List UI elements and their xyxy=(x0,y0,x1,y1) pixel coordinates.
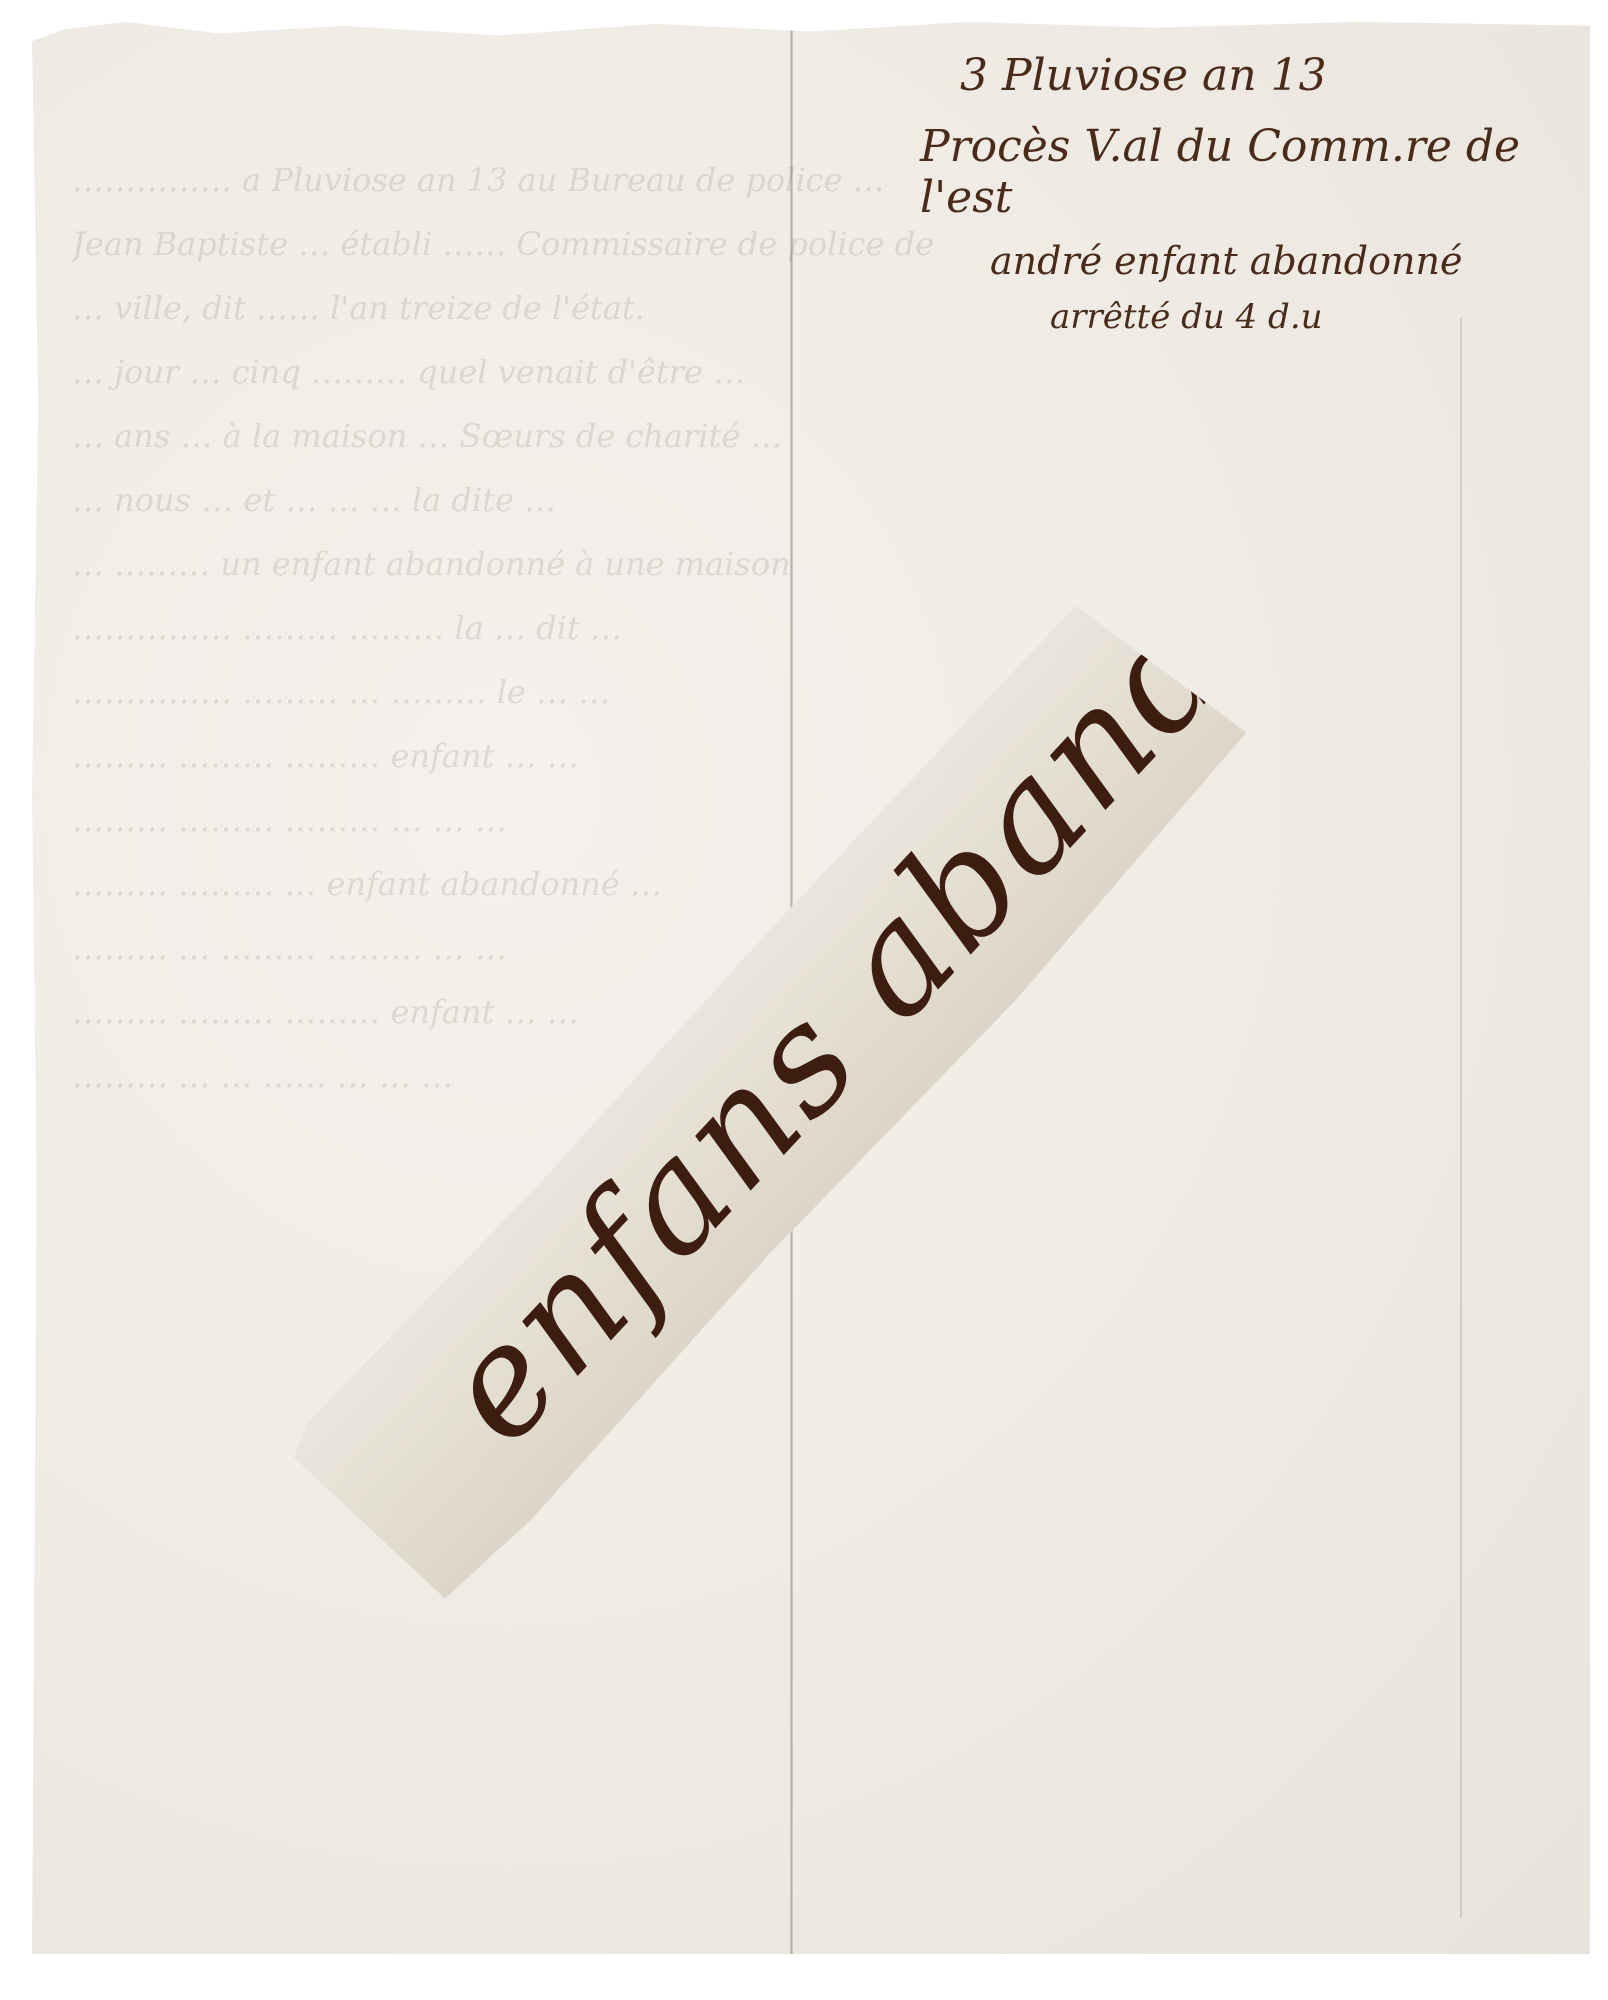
bleed-line: ……… ……… … enfant abandonné … xyxy=(72,852,1432,916)
bleed-line: …………… ……… … ……… le … … xyxy=(72,660,1432,724)
bleed-line: … ……… un enfant abandonné à une maison xyxy=(72,532,1432,596)
annotation-subject: andré enfant abandonné xyxy=(990,239,1608,283)
bleed-line: ……… ……… ……… … … … xyxy=(72,788,1432,852)
bleed-line: …………… ……… ……… la … dit … xyxy=(72,596,1432,660)
annotation-title: Procès V.al du Comm.re de l'est xyxy=(920,121,1608,223)
bleed-line: … nous … et … … … la dite … xyxy=(72,468,1432,532)
bleed-line: … ans … à la maison … Sœurs de charité … xyxy=(72,404,1432,468)
header-annotation: 3 Pluviose an 13 Procès V.al du Comm.re … xyxy=(920,50,1608,287)
bleed-line: … jour … cinq ……… quel venait d'être … xyxy=(72,340,1432,404)
margin-line xyxy=(1460,318,1462,1918)
annotation-reference: arrêtté du 4 d.u xyxy=(1050,297,1608,337)
annotation-date: 3 Pluviose an 13 xyxy=(960,50,1608,101)
